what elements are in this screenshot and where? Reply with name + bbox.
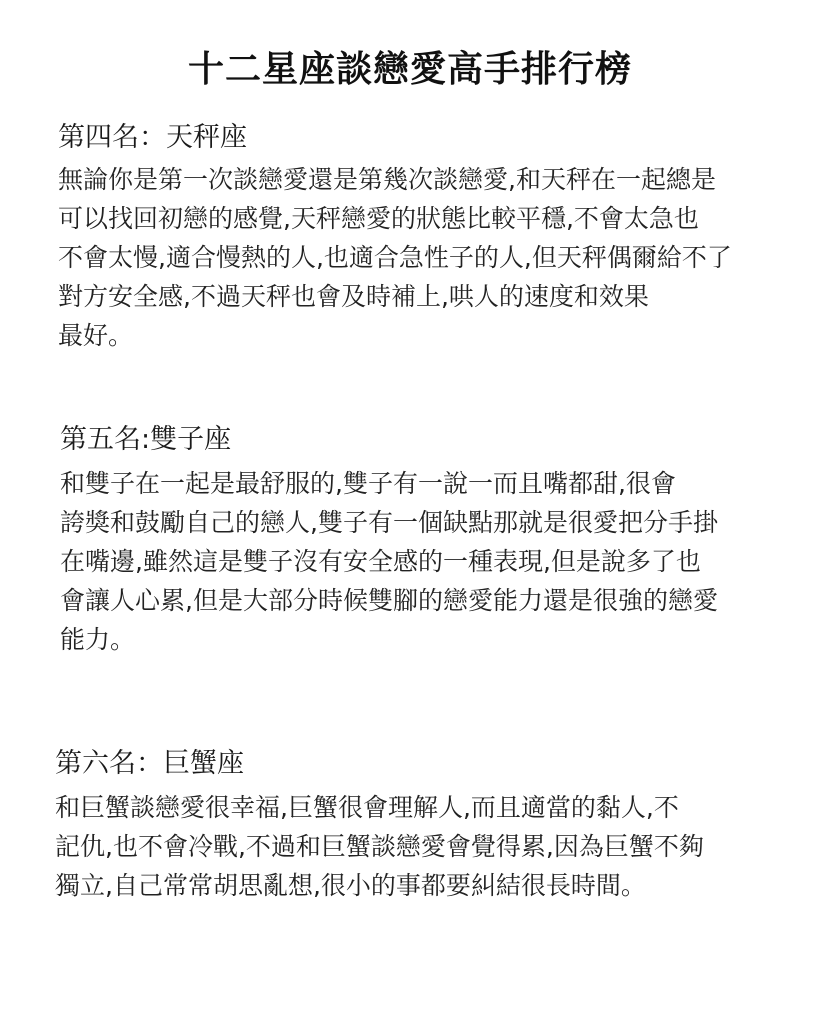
body-line: 不會太慢,適合慢熱的人,也適合急性子的人,但天秤偶爾給不了 [58,238,758,277]
page-title: 十二星座談戀愛高手排行榜 [0,46,820,94]
body-line: 和雙子在一起是最舒服的,雙子有一說一而且嘴都甜,很會 [60,464,760,503]
body-line: 可以找回初戀的感覺,天秤戀愛的狀態比較平穩,不會太急也 [58,199,758,238]
body-line: 能力。 [60,620,760,659]
section-heading: 第四名：天秤座 [58,118,758,158]
section-body: 和巨蟹談戀愛很幸福,巨蟹很會理解人,而且適當的黏人,不 記仇,也不會冷戰,不過和… [55,788,755,905]
section-gemini: 第五名:雙子座 和雙子在一起是最舒服的,雙子有一說一而且嘴都甜,很會 誇獎和鼓勵… [60,420,760,659]
body-line: 獨立,自己常常胡思亂想,很小的事都要糾結很長時間。 [55,866,755,905]
section-heading: 第五名:雙子座 [60,420,760,460]
body-line: 無論你是第一次談戀愛還是第幾次談戀愛,和天秤在一起總是 [58,160,758,199]
section-body: 無論你是第一次談戀愛還是第幾次談戀愛,和天秤在一起總是 可以找回初戀的感覺,天秤… [58,160,758,355]
body-line: 對方安全感,不過天秤也會及時補上,哄人的速度和效果 [58,277,758,316]
section-body: 和雙子在一起是最舒服的,雙子有一說一而且嘴都甜,很會 誇獎和鼓勵自己的戀人,雙子… [60,464,760,659]
body-line: 最好。 [58,316,758,355]
body-line: 會讓人心累,但是大部分時候雙腳的戀愛能力還是很強的戀愛 [60,581,760,620]
section-heading: 第六名：巨蟹座 [55,744,755,784]
body-line: 在嘴邊,雖然這是雙子沒有安全感的一種表現,但是說多了也 [60,542,760,581]
body-line: 記仇,也不會冷戰,不過和巨蟹談戀愛會覺得累,因為巨蟹不夠 [55,827,755,866]
body-line: 和巨蟹談戀愛很幸福,巨蟹很會理解人,而且適當的黏人,不 [55,788,755,827]
body-line: 誇獎和鼓勵自己的戀人,雙子有一個缺點那就是很愛把分手掛 [60,503,760,542]
section-libra: 第四名：天秤座 無論你是第一次談戀愛還是第幾次談戀愛,和天秤在一起總是 可以找回… [58,118,758,355]
section-cancer: 第六名：巨蟹座 和巨蟹談戀愛很幸福,巨蟹很會理解人,而且適當的黏人,不 記仇,也… [55,744,755,905]
